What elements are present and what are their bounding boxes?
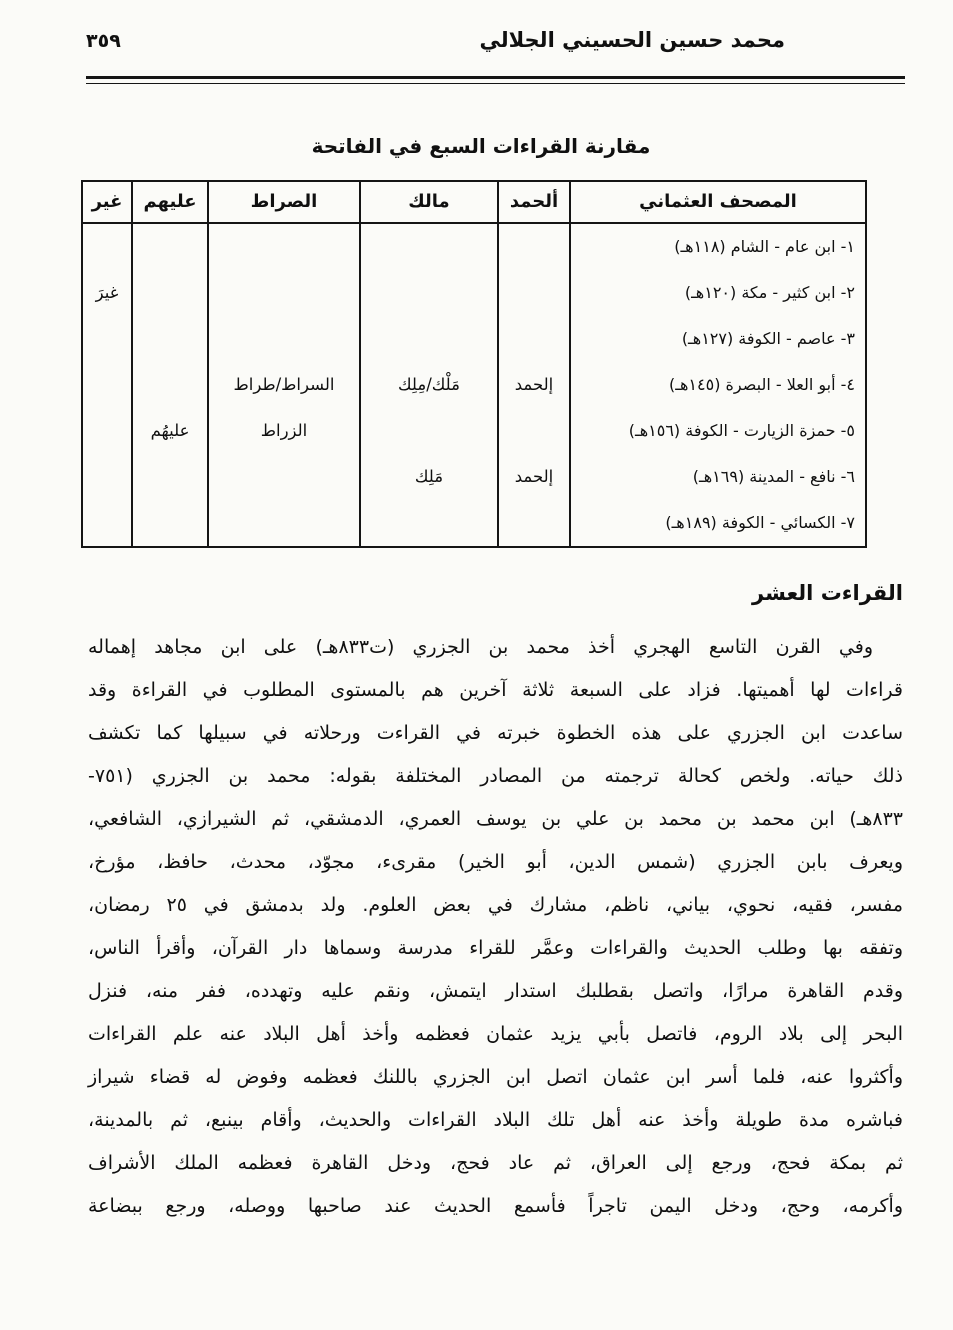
body-line: مفسر، فقيه، نحوي، بياني، ناظم، مشارك في … bbox=[88, 884, 903, 927]
column-header-alhamd: ألحمد bbox=[499, 182, 569, 224]
table-column-alayhim: عليهم عليهُم bbox=[133, 182, 209, 546]
running-title: محمد حسين الحسيني الجلالي bbox=[479, 28, 785, 52]
body-line: ٨٣٣هـ) ابن محمد بن محمد بن علي بن يوسف ا… bbox=[88, 798, 903, 841]
variant-malik-row6: مَلِك bbox=[361, 454, 497, 500]
table-row-reader-3: ٣- عاصم - الكوفة (١٢٧هـ) bbox=[571, 316, 865, 362]
variant-ghayr-row2: غيرَ bbox=[83, 270, 131, 316]
body-line: فباشره مدة طويلة وأخذ عنه أهل تلك البلاد… bbox=[88, 1099, 903, 1142]
variant-alhamd-row6: إلحمد bbox=[499, 454, 569, 500]
body-line: وأكثروا عنه، فلما أسر ابن عثمان اتصل ابن… bbox=[88, 1056, 903, 1099]
body-line: ويعرف بابن الجزري (شمس الدين، أبو الخير)… bbox=[88, 841, 903, 884]
table-row-reader-2: ٢- ابن كثير - مكة (١٢٠هـ) bbox=[571, 270, 865, 316]
table-title: مقارنة القراءات السبع في الفاتحة bbox=[95, 134, 867, 158]
body-line: البحر إلى بلاد الروم، فاتصل بأبي يزيد عث… bbox=[88, 1013, 903, 1056]
column-body-mushaf: ١- ابن عام - الشام (١١٨هـ) ٢- ابن كثير -… bbox=[571, 224, 865, 546]
scanned-book-page: محمد حسين الحسيني الجلالي ٣٥٩ مقارنة الق… bbox=[0, 0, 953, 1330]
column-body-alayhim: عليهُم bbox=[133, 224, 207, 546]
column-body-ghayr: غيرَ bbox=[83, 224, 131, 546]
table-row-reader-7: ٧- الكسائي - الكوفة (١٨٩هـ) bbox=[571, 500, 865, 546]
body-line: ثم بمكة فحج، ورجع إلى العراق، ثم عاد فحج… bbox=[88, 1142, 903, 1185]
column-body-malik: مَلْك/مِلِك مَلِك bbox=[361, 224, 497, 546]
column-header-alayhim: عليهم bbox=[133, 182, 207, 224]
table-row-reader-5: ٥- حمزة الزيارت - الكوفة (١٥٦هـ) bbox=[571, 408, 865, 454]
table-column-ghayr: غير غيرَ bbox=[83, 182, 133, 546]
section-heading: القراءت العشر bbox=[752, 581, 903, 605]
body-line: ساعدت ابن الجزري على هذه الخطوة خبرته في… bbox=[88, 712, 903, 755]
table-row-reader-1: ١- ابن عام - الشام (١١٨هـ) bbox=[571, 224, 865, 270]
body-line: وتفقه بها وطلب الحديث والقراءات وعمَّر ل… bbox=[88, 927, 903, 970]
body-line: وأكرمه، وحج، ودخل اليمن تاجراً فأسمع الح… bbox=[88, 1185, 903, 1228]
body-line: وقدم القاهرة مرارًا، واتصل بقطلبك استدار… bbox=[88, 970, 903, 1013]
column-body-alhamd: إلحمد إلحمد bbox=[499, 224, 569, 546]
page-number: ٣٥٩ bbox=[86, 30, 121, 52]
variant-alhamd-row4: إلحمد bbox=[499, 362, 569, 408]
table-column-mushaf: المصحف العثماني ١- ابن عام - الشام (١١٨ه… bbox=[571, 182, 865, 546]
table-column-alhamd: ألحمد إلحمد إلحمد bbox=[499, 182, 571, 546]
body-line: قراءات لها أهميتها. فزاد على السبعة ثلاث… bbox=[88, 669, 903, 712]
table-row-reader-6: ٦- نافع - المدينة (١٦٩هـ) bbox=[571, 454, 865, 500]
column-header-ghayr: غير bbox=[83, 182, 131, 224]
body-paragraph: وفي القرن التاسع الهجري أخذ محمد بن الجز… bbox=[88, 626, 903, 1228]
table-row-reader-4: ٤- أبو العلا - البصرة (١٤٥هـ) bbox=[571, 362, 865, 408]
table-column-sirat: الصراط السراط/طراط الزراط bbox=[209, 182, 361, 546]
column-header-malik: مالك bbox=[361, 182, 497, 224]
variant-sirat-row5: الزراط bbox=[209, 408, 359, 454]
readings-comparison-table: المصحف العثماني ١- ابن عام - الشام (١١٨ه… bbox=[81, 180, 867, 548]
column-body-sirat: السراط/طراط الزراط bbox=[209, 224, 359, 546]
variant-alayhim-row5: عليهُم bbox=[133, 408, 207, 454]
variant-malik-row4: مَلْك/مِلِك bbox=[361, 362, 497, 408]
header-rule bbox=[86, 76, 905, 84]
body-line: وفي القرن التاسع الهجري أخذ محمد بن الجز… bbox=[88, 626, 903, 669]
column-header-mushaf: المصحف العثماني bbox=[571, 182, 865, 224]
table-column-malik: مالك مَلْك/مِلِك مَلِك bbox=[361, 182, 499, 546]
variant-sirat-row4: السراط/طراط bbox=[209, 362, 359, 408]
body-line: ذلك حياته. ولخص كحالة ترجمته من المصادر … bbox=[88, 755, 903, 798]
column-header-sirat: الصراط bbox=[209, 182, 359, 224]
